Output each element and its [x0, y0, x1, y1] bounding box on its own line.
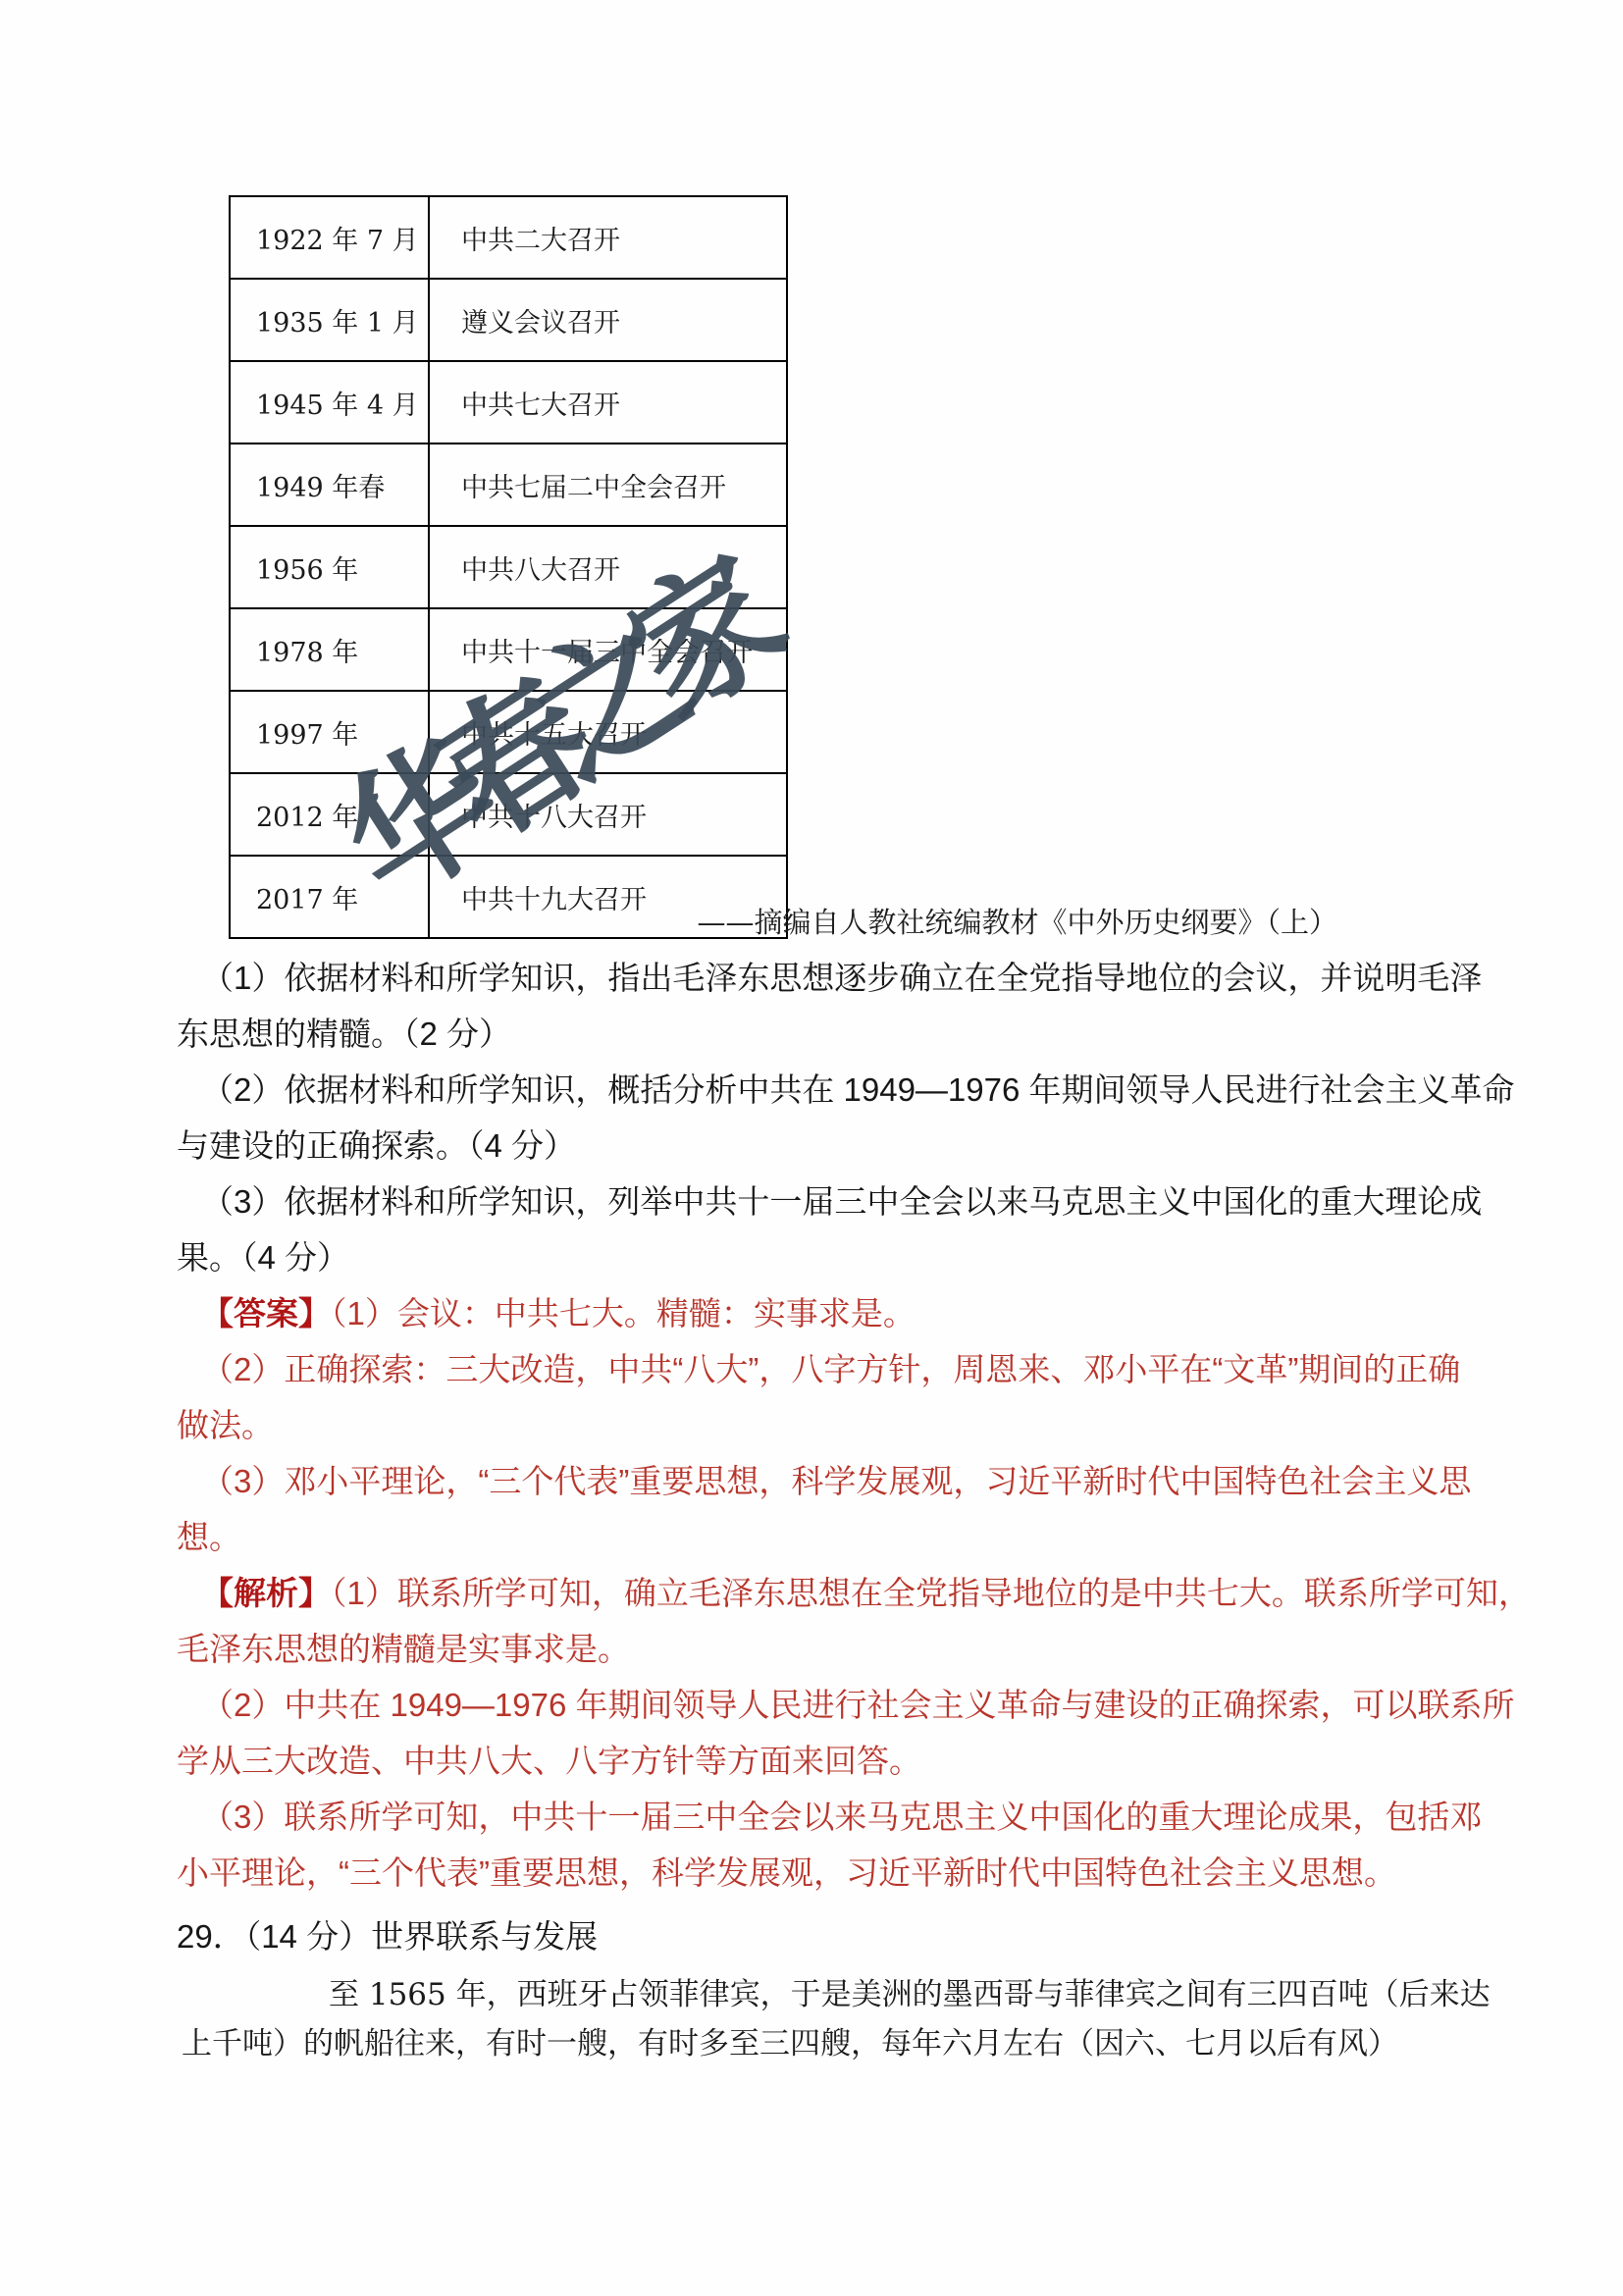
question-3-line-1: （3）依据材料和所学知识，列举中共十一届三中全会以来马克思主义中国化的重大理论成 — [177, 1174, 1501, 1229]
analysis-line-6: 小平理论，“三个代表”重要思想，科学发展观，习近平新时代中国特色社会主义思想。 — [177, 1845, 1501, 1901]
table-row: 1935 年 1 月 遵义会议召开 — [230, 279, 787, 361]
exam-document-page: 1922 年 7 月 中共二大召开 1935 年 1 月 遵义会议召开 1945… — [0, 0, 1623, 2296]
material-line-2: 上千吨）的帆船往来，有时一艘，有时多至三四艘，每年六月左右（因六、七月以后有风） — [177, 2019, 1501, 2068]
source-citation: ——摘编自人教社统编教材《中外历史纲要》（上） — [229, 901, 1337, 941]
question-1-line-1: （1）依据材料和所学知识，指出毛泽东思想逐步确立在全党指导地位的会议，并说明毛泽 — [177, 950, 1501, 1006]
answer-text: （1）会议：中共七大。精髓：实事求是。 — [331, 1295, 916, 1331]
table-row: 1945 年 4 月 中共七大召开 — [230, 361, 787, 444]
table-cell-event: 中共七届二中全会召开 — [429, 444, 787, 526]
table-row: 1922 年 7 月 中共二大召开 — [230, 196, 787, 279]
table-row: 1978 年 中共十一届三中全会召开 — [230, 608, 787, 691]
answer-label: 【答案】 — [201, 1295, 331, 1331]
table-row: 1949 年春 中共七届二中全会召开 — [230, 444, 787, 526]
table-cell-event: 中共二大召开 — [429, 196, 787, 279]
analysis-text: （1）联系所学可知，确立毛泽东思想在全党指导地位的是中共七大。联系所学可知， — [331, 1575, 1531, 1611]
table-cell-event: 中共十一届三中全会召开 — [429, 608, 787, 691]
answer-line-2: （2）正确探索：三大改造，中共“八大”，八字方针，周恩来、邓小平在“文革”期间的… — [177, 1341, 1501, 1397]
analysis-label: 【解析】 — [201, 1575, 331, 1611]
table-cell-date: 2012 年 — [230, 773, 429, 856]
question-body: （1）依据材料和所学知识，指出毛泽东思想逐步确立在全党指导地位的会议，并说明毛泽… — [177, 950, 1501, 2068]
table-cell-date: 1978 年 — [230, 608, 429, 691]
material-line-1: 至 1565 年，西班牙占领菲律宾，于是美洲的墨西哥与菲律宾之间有三四百吨（后来… — [177, 1970, 1501, 2019]
analysis-line-1: 【解析】（1）联系所学可知，确立毛泽东思想在全党指导地位的是中共七大。联系所学可… — [177, 1565, 1501, 1621]
question-3-line-2: 果。（4 分） — [177, 1229, 1501, 1285]
table-cell-event: 中共七大召开 — [429, 361, 787, 444]
table-cell-event: 中共十五大召开 — [429, 691, 787, 773]
table-cell-event: 中共八大召开 — [429, 526, 787, 608]
table-cell-date: 1949 年春 — [230, 444, 429, 526]
question-1-line-2: 东思想的精髓。（2 分） — [177, 1006, 1501, 1062]
analysis-line-2: 毛泽东思想的精髓是实事求是。 — [177, 1621, 1501, 1677]
table-cell-date: 1922 年 7 月 — [230, 196, 429, 279]
table-row: 2012 年 中共十八大召开 — [230, 773, 787, 856]
question-2-line-2: 与建设的正确探索。（4 分） — [177, 1118, 1501, 1174]
answer-line-5: 想。 — [177, 1509, 1501, 1565]
table-cell-event: 中共十八大召开 — [429, 773, 787, 856]
table-cell-date: 1945 年 4 月 — [230, 361, 429, 444]
analysis-line-5: （3）联系所学可知，中共十一届三中全会以来马克思主义中国化的重大理论成果，包括邓 — [177, 1789, 1501, 1845]
table-cell-event: 遵义会议召开 — [429, 279, 787, 361]
question-2-line-1: （2）依据材料和所学知识，概括分析中共在 1949—1976 年期间领导人民进行… — [177, 1062, 1501, 1118]
table-cell-date: 1935 年 1 月 — [230, 279, 429, 361]
answer-line-1: 【答案】（1）会议：中共七大。精髓：实事求是。 — [177, 1285, 1501, 1341]
table-row: 1956 年 中共八大召开 — [230, 526, 787, 608]
table-row: 1997 年 中共十五大召开 — [230, 691, 787, 773]
analysis-line-4: 学从三大改造、中共八大、八字方针等方面来回答。 — [177, 1733, 1501, 1789]
question-29-heading: 29．（14 分）世界联系与发展 — [177, 1908, 1501, 1964]
answer-line-4: （3）邓小平理论，“三个代表”重要思想，科学发展观，习近平新时代中国特色社会主义… — [177, 1453, 1501, 1509]
table-cell-date: 1956 年 — [230, 526, 429, 608]
party-congress-timeline-table: 1922 年 7 月 中共二大召开 1935 年 1 月 遵义会议召开 1945… — [229, 195, 788, 939]
answer-line-3: 做法。 — [177, 1397, 1501, 1453]
table-cell-date: 1997 年 — [230, 691, 429, 773]
analysis-line-3: （2）中共在 1949—1976 年期间领导人民进行社会主义革命与建设的正确探索… — [177, 1677, 1501, 1733]
